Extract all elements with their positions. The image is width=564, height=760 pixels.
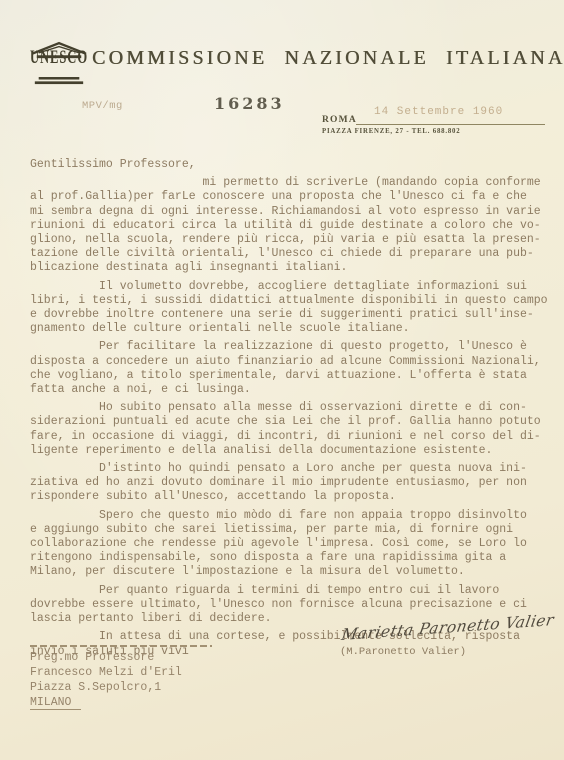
unesco-logo-icon: UNESCO <box>30 40 88 86</box>
body-line: rispondere subito all'Unesco, accettando… <box>30 490 552 504</box>
paragraph-5: D'istinto ho quindi pensato a Loro anche… <box>30 462 552 505</box>
body-line: Ho subito pensato alla messe di osservaz… <box>30 401 552 415</box>
recipient-name: Francesco Melzi d'Eril <box>30 665 212 680</box>
body-line: ziativa ed ho anzi dovuto dominare il mi… <box>30 476 552 490</box>
recipient-city: MILANO <box>30 696 81 710</box>
body-line: Per facilitare la realizzazione di quest… <box>30 340 552 354</box>
recipient-block: Preg.mo Professore Francesco Melzi d'Eri… <box>30 645 212 710</box>
recipient-title: Preg.mo Professore <box>30 650 212 665</box>
reference-code: MPV/mg <box>82 100 123 112</box>
body-line: fare, in occasione di viaggi, di incontr… <box>30 430 552 444</box>
letter-page: UNESCO COMMISSIONE NAZIONALE ITALIANA MP… <box>0 0 564 760</box>
recipient-divider <box>30 645 212 647</box>
body-line: D'istinto ho quindi pensato a Loro anche… <box>30 462 552 476</box>
body-line: dovrebbe essere ultimato, l'Unesco non f… <box>30 598 552 612</box>
body-line: fatta anche a noi, e ci lusinga. <box>30 383 552 397</box>
city-label: ROMA <box>322 115 357 125</box>
body-line: Per quanto riguarda i termini di tempo e… <box>30 584 552 598</box>
body-line: libri, i testi, i sussidi didattici attu… <box>30 294 552 308</box>
signature-typed-name: (M.Paronetto Valier) <box>340 646 558 658</box>
letter-date: 14 Settembre 1960 <box>374 106 503 118</box>
recipient-street: Piazza S.Sepolcro,1 <box>30 680 212 695</box>
paragraph-2: Il volumetto dovrebbe, accogliere dettag… <box>30 280 552 337</box>
body-line: e dovrebbe inoltre contenere una serie d… <box>30 308 552 322</box>
signature-block: Marietta Paronetto Valier (M.Paronetto V… <box>340 626 558 658</box>
body-line: gnamento delle culture orientali nelle s… <box>30 322 552 336</box>
body-line: blicazione destinata agli insegnanti ita… <box>30 261 552 275</box>
body-line: Il volumetto dovrebbe, accogliere dettag… <box>30 280 552 294</box>
body-line: ligente reperimento e della analisi dell… <box>30 444 552 458</box>
body-line: Milano, per discutere l'impostazione e l… <box>30 565 552 579</box>
body-line: siderazioni puntuali ed acute che sia Le… <box>30 415 552 429</box>
protocol-number-stamp: 16283 <box>214 94 285 113</box>
body-line: riunioni di educatori circa la utilità d… <box>30 219 552 233</box>
body-line: Spero che questo mio mòdo di fare non ap… <box>30 509 552 523</box>
paragraph-3: Per facilitare la realizzazione di quest… <box>30 340 552 397</box>
letter-body: Gentilissimo Professore, mi permetto di … <box>30 158 552 659</box>
paragraph-6: Spero che questo mio mòdo di fare non ap… <box>30 509 552 580</box>
body-line: gliono, nella scuola, rendere più ricca,… <box>30 233 552 247</box>
body-line: mi sembra degna di ogni interesse. Richi… <box>30 205 552 219</box>
date-rule <box>356 124 545 125</box>
organization-name: COMMISSIONE NAZIONALE ITALIANA <box>92 47 554 70</box>
office-address: PIAZZA FIRENZE, 27 - TEL. 688.802 <box>322 128 460 135</box>
body-line: mi permetto di scriverLe (mandando copia… <box>30 176 552 190</box>
body-line: disposta a concedere un aiuto finanziari… <box>30 355 552 369</box>
paragraph-4: Ho subito pensato alla messe di osservaz… <box>30 401 552 458</box>
body-line: al prof.Gallia)per farLe conoscere una p… <box>30 190 552 204</box>
body-line: e aggiungo subito che sarei lietissima, … <box>30 523 552 537</box>
body-line: che vogliano, a titolo sperimentale, dar… <box>30 369 552 383</box>
body-line: ritengono indispensabile, sono disposta … <box>30 551 552 565</box>
paragraph-1: mi permetto di scriverLe (mandando copia… <box>30 176 552 275</box>
body-line: collaborazione che rendesse più agevole … <box>30 537 552 551</box>
svg-text:UNESCO: UNESCO <box>30 45 88 68</box>
salutation: Gentilissimo Professore, <box>30 158 552 172</box>
body-line: tazione delle civiltà orientali, l'Unesc… <box>30 247 552 261</box>
